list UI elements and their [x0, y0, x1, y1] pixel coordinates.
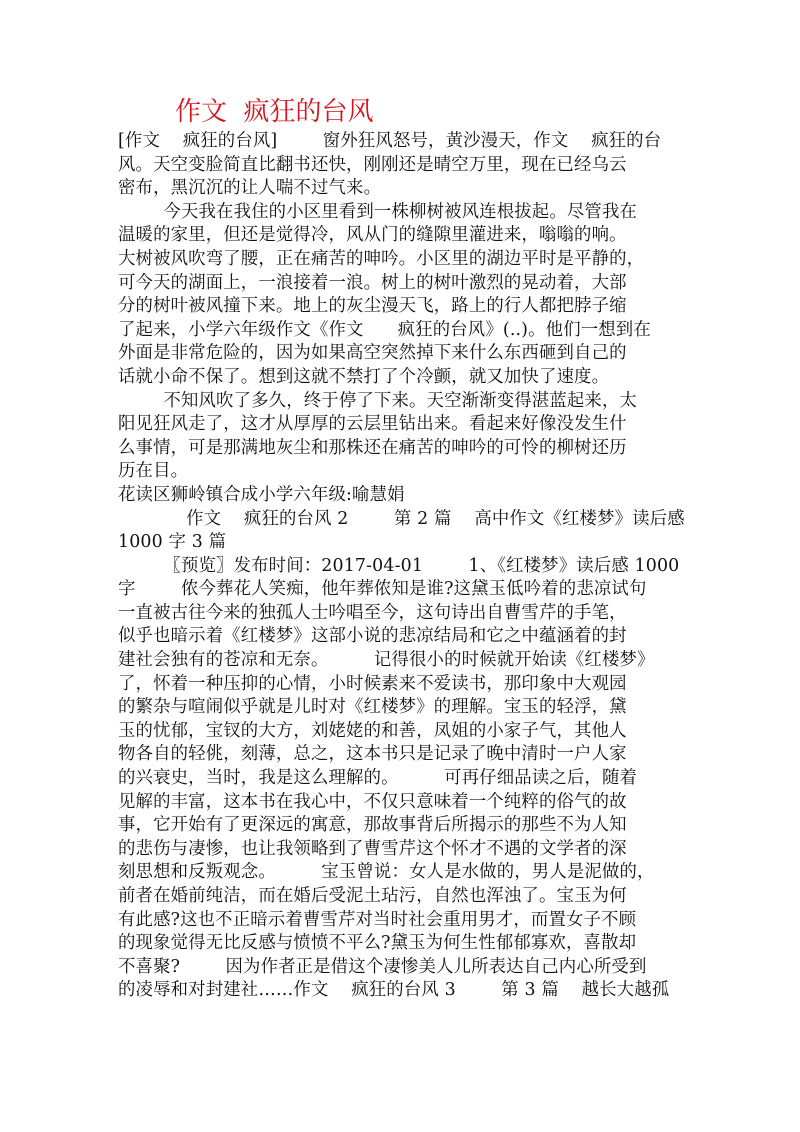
text-line: 的兴衰史，当时，我是这么理解的。 可再仔细品读之后，随着 [118, 767, 688, 791]
text-line: 今天我在我住的小区里看到一株柳树被风连根拔起。尽管我在 [118, 201, 688, 225]
text-line: 前者在婚前纯洁，而在婚后受泥土玷污，自然也浑浊了。宝玉为何 [118, 885, 688, 909]
author-line: 花读区狮岭镇合成小学六年级:喻慧娟 [118, 484, 688, 508]
text-line: 似乎也暗示着《红楼梦》这部小说的悲凉结局和它之中蕴涵着的封 [118, 625, 688, 649]
text-line: 玉的忧郁，宝钗的大方，刘姥姥的和善，凤姐的小家子气，其他人 [118, 720, 688, 744]
text-line: 作文 疯狂的台风 2 第 2 篇 高中作文《红楼梦》读后感 [118, 508, 688, 532]
text-line: 的悲伤与凄惨，也让我领略到了曹雪芹这个怀才不遇的文学者的深 [118, 838, 688, 862]
text-line: [作文 疯狂的台风] 窗外狂风怒号，黄沙漫天，作文 疯狂的台 [118, 130, 688, 154]
text-line: 〖预览〗发布时间：2017-04-01 1、《红楼梦》读后感 1000 [118, 555, 688, 579]
text-line: 有此感?这也不正暗示着曹雪芹对当时社会重用男才，而置女子不顾 [118, 909, 688, 933]
text-line: 大树被风吹弯了腰，正在痛苦的呻吟。小区里的湖边平时是平静的， [118, 248, 688, 272]
text-line: 可今天的湖面上，一浪接着一浪。树上的树叶激烈的晃动着，大部 [118, 272, 688, 296]
text-line: 见解的丰富，这本书在我心中，不仅只意味着一个纯粹的俗气的故 [118, 791, 688, 815]
text-line: 一直被古往今来的独孤人士吟唱至今，这句诗出自曹雪芹的手笔， [118, 602, 688, 626]
text-line: 风。天空变脸简直比翻书还快，刚刚还是晴空万里，现在已经乌云 [118, 154, 688, 178]
text-line: 的现象觉得无比反感与愤愤不平么?黛玉为何生性郁郁寡欢，喜散却 [118, 932, 688, 956]
text-line: 的凌辱和对封建社……作文 疯狂的台风 3 第 3 篇 越长大越孤 [118, 979, 688, 1003]
text-line: 分的树叶被风撞下来。地上的灰尘漫天飞，路上的行人都把脖子缩 [118, 295, 688, 319]
text-line: 密布，黑沉沉的让人喘不过气来。 [118, 177, 688, 201]
text-line: 刻思想和反叛观念。 宝玉曾说：女人是水做的，男人是泥做的， [118, 861, 688, 885]
text-line: 阳见狂风走了，这才从厚厚的云层里钻出来。看起来好像没发生什 [118, 413, 688, 437]
text-line: 不知风吹了多久，终于停了下来。天空渐渐变得湛蓝起来，太 [118, 390, 688, 414]
text-line: 历在目。 [118, 460, 688, 484]
document-title: 作文 疯狂的台风 [175, 96, 374, 128]
document-body: [作文 疯狂的台风] 窗外狂风怒号，黄沙漫天，作文 疯狂的台 风。天空变脸简直比… [118, 130, 688, 1003]
text-line: 建社会独有的苍凉和无奈。 记得很小的时候就开始读《红楼梦》 [118, 649, 688, 673]
text-line: 事，它开始有了更深远的寓意，那故事背后所揭示的那些不为人知 [118, 814, 688, 838]
text-line: 外面是非常危险的，因为如果高空突然掉下来什么东西砸到自己的 [118, 342, 688, 366]
text-line: 么事情，可是那满地灰尘和那株还在痛苦的呻吟的可怜的柳树还历 [118, 437, 688, 461]
text-line: 物各自的轻佻，刻薄，总之，这本书只是记录了晚中清时一户人家 [118, 743, 688, 767]
text-line: 温暖的家里，但还是觉得冷，风从门的缝隙里灌进来，嗡嗡的响。 [118, 224, 688, 248]
text-line: 话就小命不保了。想到这就不禁打了个冷颤，就又加快了速度。 [118, 366, 688, 390]
text-line: 了，怀着一种压抑的心情，小时候素来不爱读书，那印象中大观园 [118, 673, 688, 697]
text-line: 1000 字 3 篇 [118, 531, 688, 555]
text-line: 的繁杂与喧闹似乎就是儿时对《红楼梦》的理解。宝玉的轻浮，黛 [118, 696, 688, 720]
text-line: 不喜聚? 因为作者正是借这个凄惨美人儿所表达自己内心所受到 [118, 956, 688, 980]
text-line: 了起来，小学六年级作文《作文 疯狂的台风》(..)。他们一想到在 [118, 319, 688, 343]
text-line: 字 侬今葬花人笑痴，他年葬侬知是谁?这黛玉低吟着的悲凉试句 [118, 578, 688, 602]
